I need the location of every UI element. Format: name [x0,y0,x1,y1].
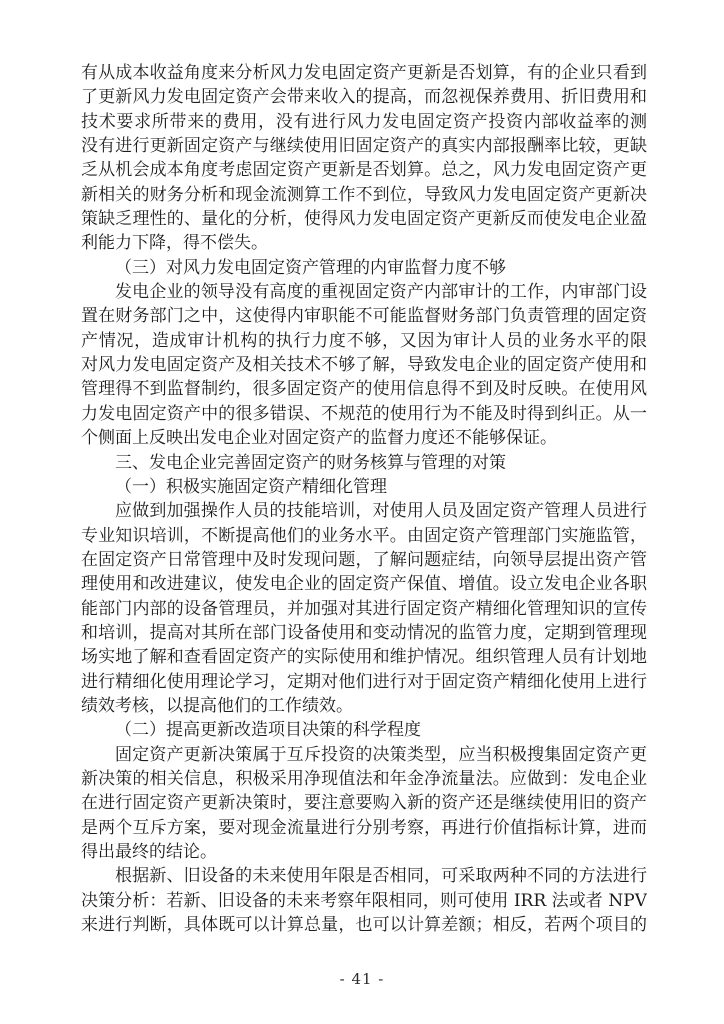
text-line: 来进行判断，具体既可以计算总量，也可以计算差额；相反，若两个项目的 [81,913,647,937]
text-line: 乏从机会成本角度考虑固定资产更新是否划算。总之，风力发电固定资产更 [81,158,647,182]
text-line: 应做到加强操作人员的技能培训，对使用人员及固定资产管理人员进行 [81,499,647,523]
text-line: 三、发电企业完善固定资产的财务核算与管理的对策 [81,451,647,475]
text-line: （三）对风力发电固定资产管理的内审监督力度不够 [81,256,647,280]
text-line: 管理得不到监督制约，很多固定资产的使用信息得不到及时反映。在使用风 [81,377,647,401]
text-line: 新相关的财务分析和现金流测算工作不到位，导致风力发电固定资产更新决 [81,183,647,207]
document-body: 有从成本收益角度来分析风力发电固定资产更新是否划算，有的企业只看到了更新风力发电… [81,61,647,937]
text-line: 和培训，提高对其所在部门设备使用和变动情况的监管力度，定期到管理现 [81,621,647,645]
text-line: （二）提高更新改造项目决策的科学程度 [81,718,647,742]
text-line: 场实地了解和查看固定资产的实际使用和维护情况。组织管理人员有计划地 [81,645,647,669]
text-line: 策缺乏理性的、量化的分析，使得风力发电固定资产更新反而使发电企业盈 [81,207,647,231]
document-page: 有从成本收益角度来分析风力发电固定资产更新是否划算，有的企业只看到了更新风力发电… [0,0,724,1024]
text-line: 理使用和改进建议，使发电企业的固定资产保值、增值。设立发电企业各职 [81,572,647,596]
text-line: 没有进行更新固定资产与继续使用旧固定资产的真实内部报酬率比较，更缺 [81,134,647,158]
text-line: 力发电固定资产中的很多错误、不规范的使用行为不能及时得到纠正。从一 [81,402,647,426]
text-line: 是两个互斥方案，要对现金流量进行分别考察，再进行价值指标计算，进而 [81,816,647,840]
text-line: 对风力发电固定资产及相关技术不够了解，导致发电企业的固定资产使用和 [81,353,647,377]
text-line: 进行精细化使用理论学习，定期对他们进行对于固定资产精细化使用上进行 [81,670,647,694]
text-line: 根据新、旧设备的未来使用年限是否相同，可采取两种不同的方法进行 [81,864,647,888]
text-line: 得出最终的结论。 [81,840,647,864]
text-line: 新决策的相关信息，积极采用净现值法和年金净流量法。应做到：发电企业 [81,767,647,791]
text-line: （一）积极实施固定资产精细化管理 [81,475,647,499]
text-line: 绩效考核，以提高他们的工作绩效。 [81,694,647,718]
text-line: 能部门内部的设备管理员，并加强对其进行固定资产精细化管理知识的宣传 [81,597,647,621]
text-line: 了更新风力发电固定资产会带来收入的提高，而忽视保养费用、折旧费用和 [81,85,647,109]
text-line: 置在财务部门之中，这使得内审职能不可能监督财务部门负责管理的固定资 [81,304,647,328]
text-line: 有从成本收益角度来分析风力发电固定资产更新是否划算，有的企业只看到 [81,61,647,85]
text-line: 技术要求所带来的费用，没有进行风力发电固定资产投资内部收益率的测算， [81,110,647,134]
text-line: 在进行固定资产更新决策时，要注意要购入新的资产还是继续使用旧的资产 [81,791,647,815]
text-line: 决策分析：若新、旧设备的未来考察年限相同，则可使用 IRR 法或者 NPV 法 [81,889,647,913]
text-line: 产情况，造成审计机构的执行力度不够，又因为审计人员的业务水平的限制， [81,329,647,353]
text-line: 固定资产更新决策属于互斥投资的决策类型，应当积极搜集固定资产更 [81,743,647,767]
page-number: - 41 - [0,970,724,988]
text-line: 个侧面上反映出发电企业对固定资产的监督力度还不能够保证。 [81,426,647,450]
text-line: 发电企业的领导没有高度的重视固定资产内部审计的工作，内审部门设 [81,280,647,304]
text-line: 在固定资产日常管理中及时发现问题，了解问题症结，向领导层提出资产管 [81,548,647,572]
text-line: 专业知识培训，不断提高他们的业务水平。由固定资产管理部门实施监管， [81,524,647,548]
text-line: 利能力下降，得不偿失。 [81,231,647,255]
